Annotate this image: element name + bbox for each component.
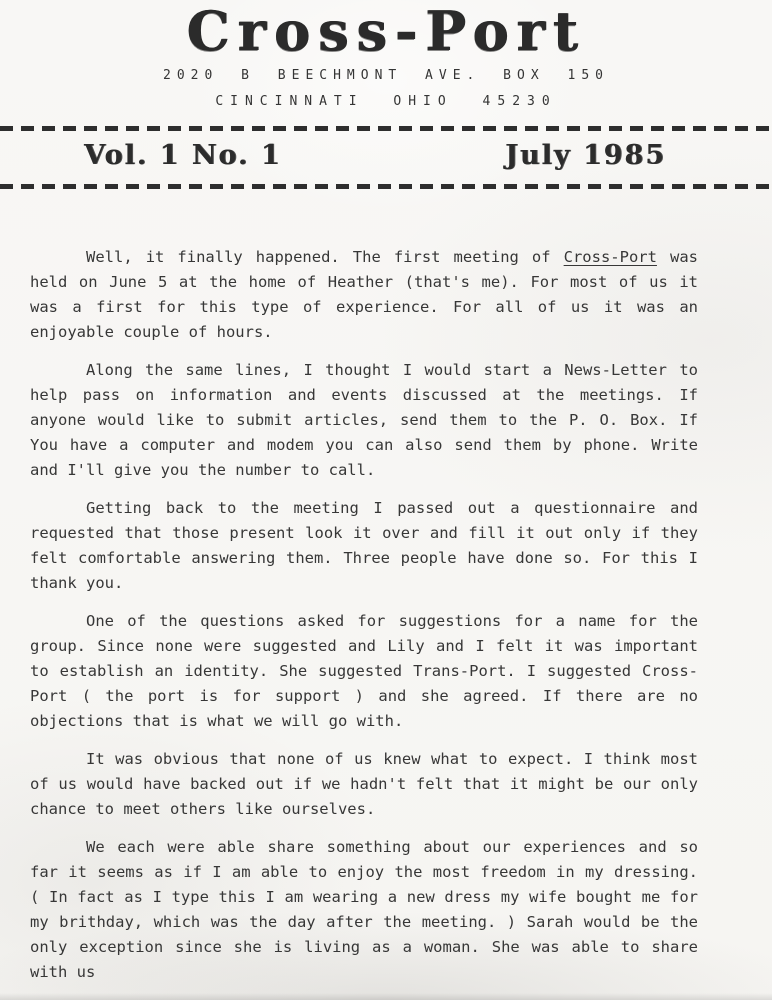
- issue-row: Vol. 1 No. 1 July 1985: [0, 131, 772, 179]
- paragraph-2: Along the same lines, I thought I would …: [30, 358, 698, 483]
- masthead: Cross-Port 2020 B BEECHMONT AVE. BOX 150…: [0, 0, 772, 189]
- paragraph-1-text: Well, it finally happened. The first mee…: [86, 248, 564, 266]
- address-line-2: CINCINNATI OHIO 45230: [0, 94, 772, 110]
- paragraph-3: Getting back to the meeting I passed out…: [30, 496, 698, 596]
- group-name-underlined: Cross-Port: [564, 248, 657, 266]
- newsletter-title: Cross-Port: [0, 2, 772, 60]
- volume-number: Vol. 1 No. 1: [84, 140, 282, 171]
- paragraph-5: It was obvious that none of us knew what…: [30, 747, 698, 822]
- dashed-rule-bottom: [0, 184, 772, 189]
- paragraph-6: We each were able share something about …: [30, 835, 698, 985]
- address-line-1: 2020 B BEECHMONT AVE. BOX 150: [0, 68, 772, 84]
- newsletter-page: Cross-Port 2020 B BEECHMONT AVE. BOX 150…: [0, 0, 772, 1000]
- paragraph-4: One of the questions asked for suggestio…: [30, 609, 698, 734]
- issue-date: July 1985: [505, 140, 666, 171]
- newsletter-body: Well, it finally happened. The first mee…: [30, 245, 698, 985]
- paragraph-1: Well, it finally happened. The first mee…: [30, 245, 698, 345]
